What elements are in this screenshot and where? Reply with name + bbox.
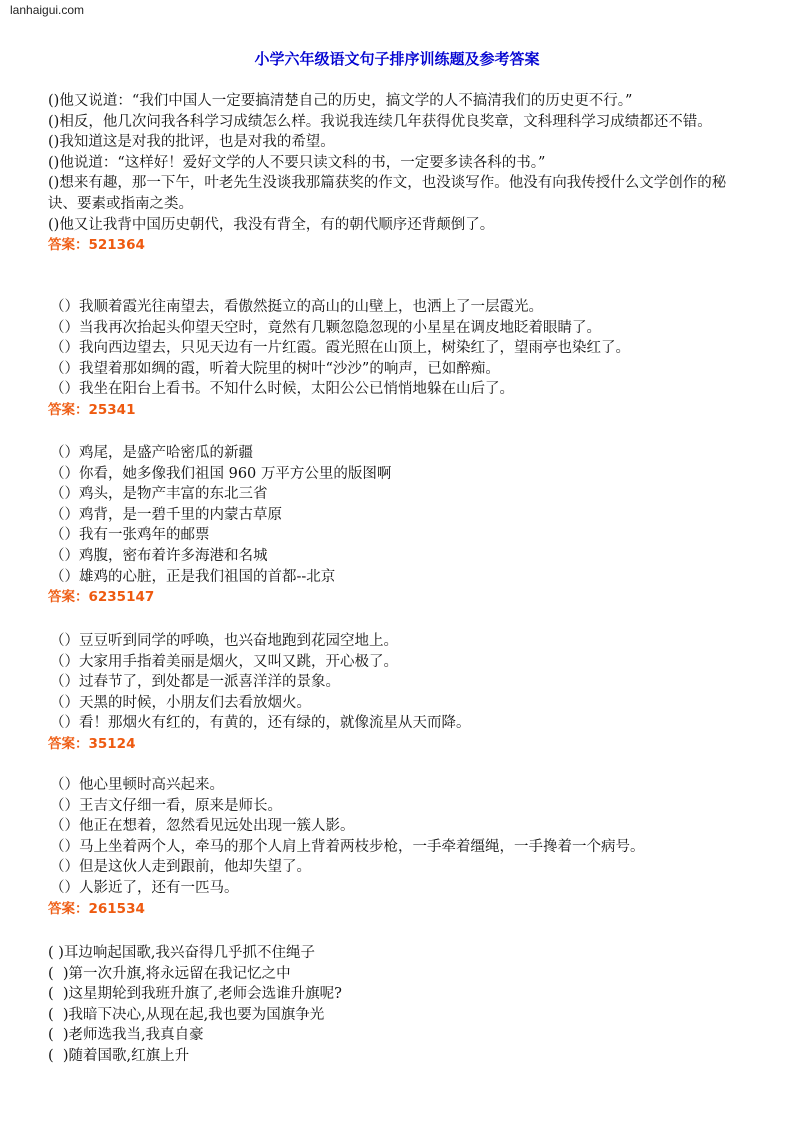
sentence-item: （）当我再次抬起头仰望天空时，竟然有几颗忽隐忽现的小星星在调皮地眨着眼睛了。 bbox=[48, 318, 753, 339]
sentence-item: （）雄鸡的心脏，正是我们祖国的首都--北京 bbox=[48, 567, 753, 588]
sentence-item: （）他心里顿时高兴起来。 bbox=[48, 775, 753, 796]
sentence-item: （）鸡尾，是盛产哈密瓜的新疆 bbox=[48, 443, 753, 464]
sentence-item: ( )耳边响起国歌,我兴奋得几乎抓不住绳子 bbox=[48, 943, 753, 964]
sentence-item: （）我有一张鸡年的邮票 bbox=[48, 525, 753, 546]
sentence-item: （）豆豆听到同学的呼唤，也兴奋地跑到花园空地上。 bbox=[48, 631, 753, 652]
exercise-section-6: ( )耳边响起国歌,我兴奋得几乎抓不住绳子 ( )第一次升旗,将永远留在我记忆之… bbox=[48, 943, 753, 1067]
answer-label: 答案：521364 bbox=[48, 235, 753, 256]
answer-label: 答案：261534 bbox=[48, 899, 753, 920]
sentence-item: ()我知道这是对我的批评，也是对我的希望。 bbox=[48, 132, 753, 153]
exercise-section-5: （）他心里顿时高兴起来。 （）王吉文仔细一看，原来是师长。 （）他正在想着，忽然… bbox=[48, 775, 753, 919]
sentence-item: （）我坐在阳台上看书。不知什么时候，太阳公公已悄悄地躲在山后了。 bbox=[48, 379, 753, 400]
sentence-item: （）我望着那如绸的霞，听着大院里的树叶“沙沙”的响声，已如醉痴。 bbox=[48, 359, 753, 380]
exercise-section-4: （）豆豆听到同学的呼唤，也兴奋地跑到花园空地上。 （）大家用手指着美丽是烟火，又… bbox=[48, 631, 753, 755]
sentence-item: （）鸡腹，密布着许多海港和名城 bbox=[48, 546, 753, 567]
sentence-item: ()相反，他几次问我各科学习成绩怎么样。我说我连续几年获得优良奖章，文科理科学习… bbox=[48, 112, 753, 133]
sentence-item: （）人影近了，还有一匹马。 bbox=[48, 878, 753, 899]
sentence-item: ( )老师选我当,我真自豪 bbox=[48, 1025, 753, 1046]
sentence-item: （）我向西边望去，只见天边有一片红霞。霞光照在山顶上，树染红了，望雨亭也染红了。 bbox=[48, 338, 753, 359]
exercise-section-1: ()他又说道：“我们中国人一定要搞清楚自己的历史，搞文学的人不搞清我们的历史更不… bbox=[48, 91, 753, 256]
sentence-item: （）看！那烟火有红的，有黄的，还有绿的，就像流星从天而降。 bbox=[48, 713, 753, 734]
sentence-item: （）大家用手指着美丽是烟火，又叫又跳，开心极了。 bbox=[48, 652, 753, 673]
page-title: 小学六年级语文句子排序训练题及参考答案 bbox=[0, 48, 794, 69]
sentence-item: （）但是这伙人走到跟前，他却失望了。 bbox=[48, 857, 753, 878]
sentence-item: （）过春节了，到处都是一派喜洋洋的景象。 bbox=[48, 672, 753, 693]
sentence-item: ( )随着国歌,红旗上升 bbox=[48, 1046, 753, 1067]
sentence-item: （）鸡背，是一碧千里的内蒙古草原 bbox=[48, 505, 753, 526]
sentence-item: ()想来有趣，那一下午，叶老先生没谈我那篇获奖的作文，也没谈写作。他没有向我传授… bbox=[48, 173, 753, 214]
sentence-item: （）你看，她多像我们祖国 960 万平方公里的版图啊 bbox=[48, 464, 753, 485]
sentence-item: （）马上坐着两个人，牵马的那个人肩上背着两枝步枪，一手牵着缰绳，一手搀着一个病号… bbox=[48, 837, 753, 858]
sentence-item: ()他又说道：“我们中国人一定要搞清楚自己的历史，搞文学的人不搞清我们的历史更不… bbox=[48, 91, 753, 112]
sentence-item: ()他说道：“这样好！爱好文学的人不要只读文科的书，一定要多读各科的书。” bbox=[48, 153, 753, 174]
answer-label: 答案：35124 bbox=[48, 734, 753, 755]
sentence-item: （）王吉文仔细一看，原来是师长。 bbox=[48, 796, 753, 817]
answer-label: 答案：6235147 bbox=[48, 587, 753, 608]
sentence-item: （）他正在想着，忽然看见远处出现一簇人影。 bbox=[48, 816, 753, 837]
sentence-item: ( )我暗下决心,从现在起,我也要为国旗争光 bbox=[48, 1005, 753, 1026]
answer-label: 答案：25341 bbox=[48, 400, 753, 421]
sentence-item: ( )这星期轮到我班升旗了,老师会选谁升旗呢? bbox=[48, 984, 753, 1005]
sentence-item: （）鸡头，是物产丰富的东北三省 bbox=[48, 484, 753, 505]
exercise-section-3: （）鸡尾，是盛产哈密瓜的新疆 （）你看，她多像我们祖国 960 万平方公里的版图… bbox=[48, 443, 753, 608]
exercise-section-2: （）我顺着霞光往南望去，看傲然挺立的高山的山壁上，也洒上了一层霞光。 （）当我再… bbox=[48, 297, 753, 421]
sentence-item: ()他又让我背中国历史朝代，我没有背全，有的朝代顺序还背颠倒了。 bbox=[48, 215, 753, 236]
site-watermark: lanhaigui.com bbox=[10, 3, 84, 17]
sentence-item: （）天黑的时候，小朋友们去看放烟火。 bbox=[48, 693, 753, 714]
sentence-item: （）我顺着霞光往南望去，看傲然挺立的高山的山壁上，也洒上了一层霞光。 bbox=[48, 297, 753, 318]
sentence-item: ( )第一次升旗,将永远留在我记忆之中 bbox=[48, 964, 753, 985]
